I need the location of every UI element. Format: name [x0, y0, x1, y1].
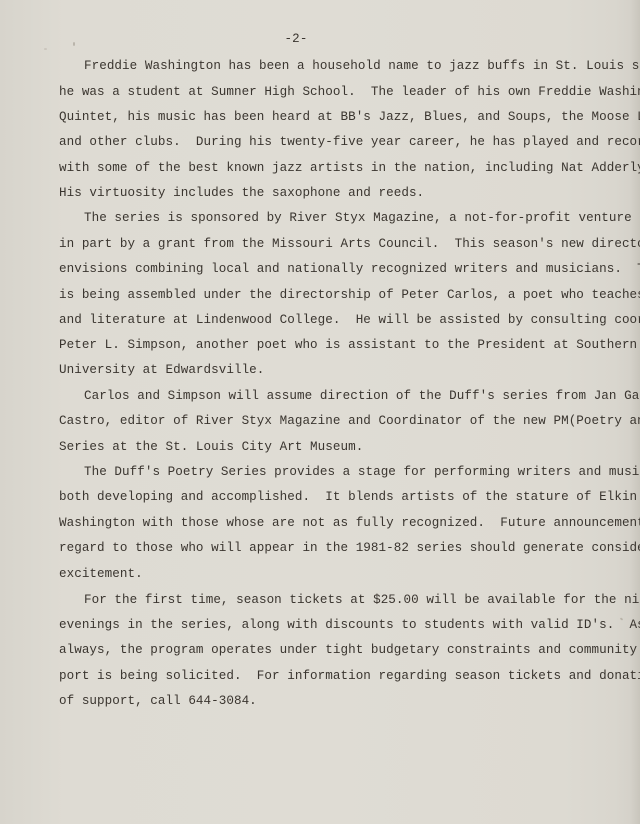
text-line: The series is sponsored by River Styx Ma…	[84, 210, 640, 226]
text-line: For the first time, season tickets at $2…	[84, 592, 640, 608]
text-line: both developing and accomplished. It ble…	[59, 489, 640, 505]
page-number: -2-	[0, 32, 592, 46]
text-line: evenings in the series, along with disco…	[59, 617, 640, 633]
text-line: Carlos and Simpson will assume direction…	[84, 388, 640, 404]
text-line: Freddie Washington has been a household …	[84, 58, 640, 74]
text-line: Peter L. Simpson, another poet who is as…	[59, 337, 640, 353]
text-line: Quintet, his music has been heard at BB'…	[59, 109, 640, 125]
text-line: envisions combining local and nationally…	[59, 261, 640, 277]
text-line: The Duff's Poetry Series provides a stag…	[84, 464, 640, 480]
text-line: Castro, editor of River Styx Magazine an…	[59, 413, 640, 429]
text-line: port is being solicited. For information…	[59, 668, 640, 684]
text-line: is being assembled under the directorshi…	[59, 287, 640, 303]
text-line: excitement.	[59, 566, 143, 582]
text-line: of support, call 644-3084.	[59, 693, 257, 709]
text-line: regard to those who will appear in the 1…	[59, 540, 640, 556]
text-line: with some of the best known jazz artists…	[59, 160, 640, 176]
text-line: and literature at Lindenwood College. He…	[59, 312, 640, 328]
text-line: Washington with those whose are not as f…	[59, 515, 640, 531]
text-line: University at Edwardsville.	[59, 362, 264, 378]
document-page: -2- Freddie Washington has been a househ…	[0, 0, 640, 824]
text-line: in part by a grant from the Missouri Art…	[59, 236, 640, 252]
text-line: and other clubs. During his twenty-five …	[59, 134, 640, 150]
text-line: His virtuosity includes the saxophone an…	[59, 185, 424, 201]
text-line: always, the program operates under tight…	[59, 642, 640, 658]
text-line: Series at the St. Louis City Art Museum.	[59, 439, 363, 455]
text-line: he was a student at Sumner High School. …	[59, 84, 640, 100]
paper-speck	[44, 48, 47, 50]
